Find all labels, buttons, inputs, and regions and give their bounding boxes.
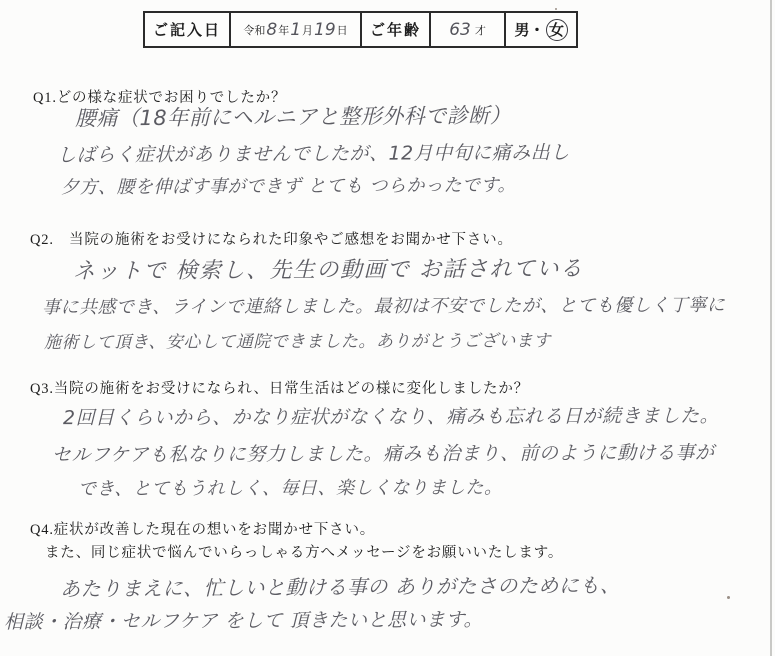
scan-speck [727,596,730,599]
question-1-answer-line: しばらく症状がありませんでしたが、12月中旬に痛み出し [57,138,570,168]
question-3-answer-line: でき、とてもうれしく、毎日、楽しくなりました。 [78,473,503,500]
date-value-cell: 令和 8 年 1 月 19 日 [229,13,360,46]
gender-female-circled: 女 [546,19,568,41]
month-handwritten: 1 [290,20,301,40]
question-4-answer-line: あたりまえに、忙しいと動ける事の ありがたさのためにも、 [60,569,621,602]
question-2-label: Q2. 当院の施術をお受けになられた印象やご感想をお聞かせ下さい。 [30,228,513,249]
gender-male-label: 男 [515,19,530,40]
question-4-label: Q4.症状が改善した現在の想いをお聞かせ下さい。 [30,518,375,539]
question-4-answer-line: 相談・治療・セルフケア をして 頂きたいと思います。 [4,605,483,635]
year-handwritten: 8 [266,20,277,40]
question-2-answer-line: 施術して頂き、安心して通院できました。ありがとうございます [44,326,551,353]
question-3-answer-line: セルフケアも私なりに努力しました。痛みも治まり、前のように動ける事が [52,438,715,467]
question-4-sublabel: また、同じ症状で悩んでいらっしゃる方へメッセージをお願いいたします。 [45,541,563,562]
day-suffix: 日 [337,22,348,38]
date-label: ご記入日 [145,13,229,46]
age-suffix: 才 [475,22,486,38]
age-label: ご年齢 [360,13,429,46]
day-handwritten: 19 [314,20,336,40]
scan-speck [555,8,557,10]
era-label: 令和 [243,22,265,38]
gender-separator: ・ [530,19,545,40]
age-value-cell: 63 才 [429,13,504,46]
scan-edge-line [770,0,772,656]
month-suffix: 月 [302,22,313,38]
question-1-answer-line: 腰痛（18年前にヘルニアと整形外科で診断） [75,99,511,132]
question-2-answer-line: 事に共感でき、ラインで連絡しました。最初は不安でしたが、とても優しく丁寧に [42,291,725,319]
question-3-answer-line: 2回目くらいから、かなり症状がなくなり、痛みも忘れる日が続きました。 [63,401,719,430]
question-3-label: Q3.当院の施術をお受けになられ、日常生活はどの様に変化しましたか？ [30,377,529,398]
question-1-answer-line: 夕方、腰を伸ばす事ができず とても つらかったです。 [61,171,516,199]
year-suffix: 年 [278,22,289,38]
questionnaire-page: ご記入日 令和 8 年 1 月 19 日 ご年齢 63 才 男 ・ 女 Q1.ど… [0,0,775,656]
age-handwritten: 63 [449,20,471,40]
gender-cell: 男 ・ 女 [504,13,576,46]
question-2-answer-line: ネットで 検索し、先生の動画で お話されている [73,252,584,286]
header-table: ご記入日 令和 8 年 1 月 19 日 ご年齢 63 才 男 ・ 女 [143,11,578,48]
